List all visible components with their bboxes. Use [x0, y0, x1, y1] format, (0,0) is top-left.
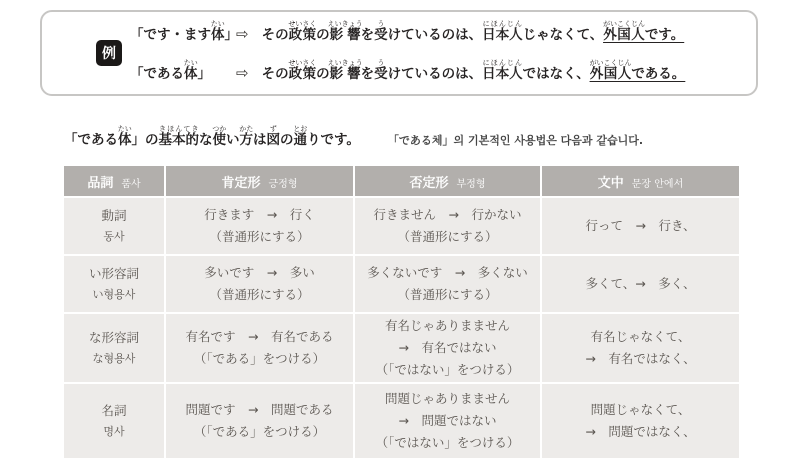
- column-header-in-sentence: 文中문장 안에서: [542, 166, 739, 196]
- pos-ko: い형용사: [64, 286, 164, 304]
- dearu-usage-table: 品詞품사 肯定形긍정형 否定形부정형 文中문장 안에서 動詞동사 行きます → …: [62, 164, 741, 460]
- in-sentence-cell: 行って → 行き、: [542, 198, 739, 254]
- example-sentence-dearu: その政策せいさくの影響えいきょうを受うけているのは、日本人にほんじんではなく、外…: [262, 55, 686, 94]
- in-sentence-cell: 多くて、→ 多く、: [542, 256, 739, 312]
- section-heading: 「である体たい」の基本的きほんてきな使つかい方かたは図ずの通とおりです。 「であ…: [64, 122, 643, 158]
- column-header-pos: 品詞품사: [64, 166, 164, 196]
- header-pos-ko: 품사: [121, 179, 140, 190]
- in-sentence-cell: 問題じゃなくて、 → 問題ではなく、: [542, 384, 739, 458]
- table-row-na-adjective: な形容詞な형용사 有名です → 有名である （「である」をつける） 有名じゃあり…: [64, 314, 739, 382]
- page: { "example_box": { "badge_label": "例", "…: [0, 0, 800, 473]
- header-pos-jp: 品詞: [87, 176, 113, 191]
- pos-cell: 動詞동사: [64, 198, 164, 254]
- example-line-desu-masu: 「です・ます体たい」 ⇨ その政策せいさくの影響えいきょうを受うけているのは、日…: [130, 15, 685, 54]
- affirmative-cell: 多いです → 多い （普通形にする）: [166, 256, 353, 312]
- header-row: 品詞품사 肯定形긍정형 否定形부정형 文中문장 안에서: [64, 166, 739, 196]
- pos-cell: 名詞명사: [64, 384, 164, 458]
- pos-jp: 動詞: [64, 206, 164, 226]
- style-label-dearu: 「である体たい」: [130, 55, 236, 94]
- affirmative-cell: 有名です → 有名である （「である」をつける）: [166, 314, 353, 382]
- pos-ko: 동사: [64, 228, 164, 246]
- example-lines: 「です・ます体たい」 ⇨ その政策せいさくの影響えいきょうを受うけているのは、日…: [130, 15, 685, 93]
- example-badge: 例: [96, 40, 122, 66]
- negative-cell: 問題じゃありまません → 問題ではない （「ではない」をつける）: [355, 384, 540, 458]
- pos-jp: な形容詞: [64, 328, 164, 348]
- negative-cell: 多くないです → 多くない （普通形にする）: [355, 256, 540, 312]
- style-label-desu-masu: 「です・ます体たい」: [130, 16, 236, 55]
- column-header-affirmative: 肯定形긍정형: [166, 166, 353, 196]
- table-row-i-adjective: い形容詞い형용사 多いです → 多い （普通形にする） 多くないです → 多くな…: [64, 256, 739, 312]
- double-arrow-icon: ⇨: [236, 15, 249, 54]
- affirmative-cell: 行きます → 行く （普通形にする）: [166, 198, 353, 254]
- heading-korean: 「である체」의 기본적인 사용법은 다음과 같습니다.: [388, 132, 643, 148]
- header-negative-jp: 否定形: [410, 176, 449, 191]
- example-sentence-desu-masu: その政策せいさくの影響えいきょうを受うけているのは、日本人にほんじんじゃなくて、…: [262, 16, 685, 55]
- negative-cell: 行きません → 行かない （普通形にする）: [355, 198, 540, 254]
- pos-jp: い形容詞: [64, 264, 164, 284]
- heading-japanese: 「である体たい」の基本的きほんてきな使つかい方かたは図ずの通とおりです。: [64, 122, 360, 158]
- double-arrow-icon: ⇨: [236, 54, 249, 93]
- header-in-sentence-ko: 문장 안에서: [632, 179, 683, 190]
- pos-ko: な형용사: [64, 350, 164, 368]
- header-in-sentence-jp: 文中: [598, 176, 624, 191]
- affirmative-cell: 問題です → 問題である （「である」をつける）: [166, 384, 353, 458]
- header-affirmative-ko: 긍정형: [269, 179, 298, 190]
- pos-cell: な形容詞な형용사: [64, 314, 164, 382]
- header-affirmative-jp: 肯定形: [222, 176, 261, 191]
- table-row-verb: 動詞동사 行きます → 行く （普通形にする） 行きません → 行かない （普通…: [64, 198, 739, 254]
- pos-ko: 명사: [64, 423, 164, 441]
- column-header-negative: 否定形부정형: [355, 166, 540, 196]
- pos-jp: 名詞: [64, 401, 164, 421]
- in-sentence-cell: 有名じゃなくて、 → 有名ではなく、: [542, 314, 739, 382]
- example-line-dearu: 「である体たい」 ⇨ その政策せいさくの影響えいきょうを受うけているのは、日本人…: [130, 54, 685, 93]
- pos-cell: い形容詞い형용사: [64, 256, 164, 312]
- table-row-noun: 名詞명사 問題です → 問題である （「である」をつける） 問題じゃありまません…: [64, 384, 739, 458]
- example-box: 例 「です・ます体たい」 ⇨ その政策せいさくの影響えいきょうを受うけているのは…: [40, 10, 758, 96]
- negative-cell: 有名じゃありまません → 有名ではない （「ではない」をつける）: [355, 314, 540, 382]
- header-negative-ko: 부정형: [457, 179, 486, 190]
